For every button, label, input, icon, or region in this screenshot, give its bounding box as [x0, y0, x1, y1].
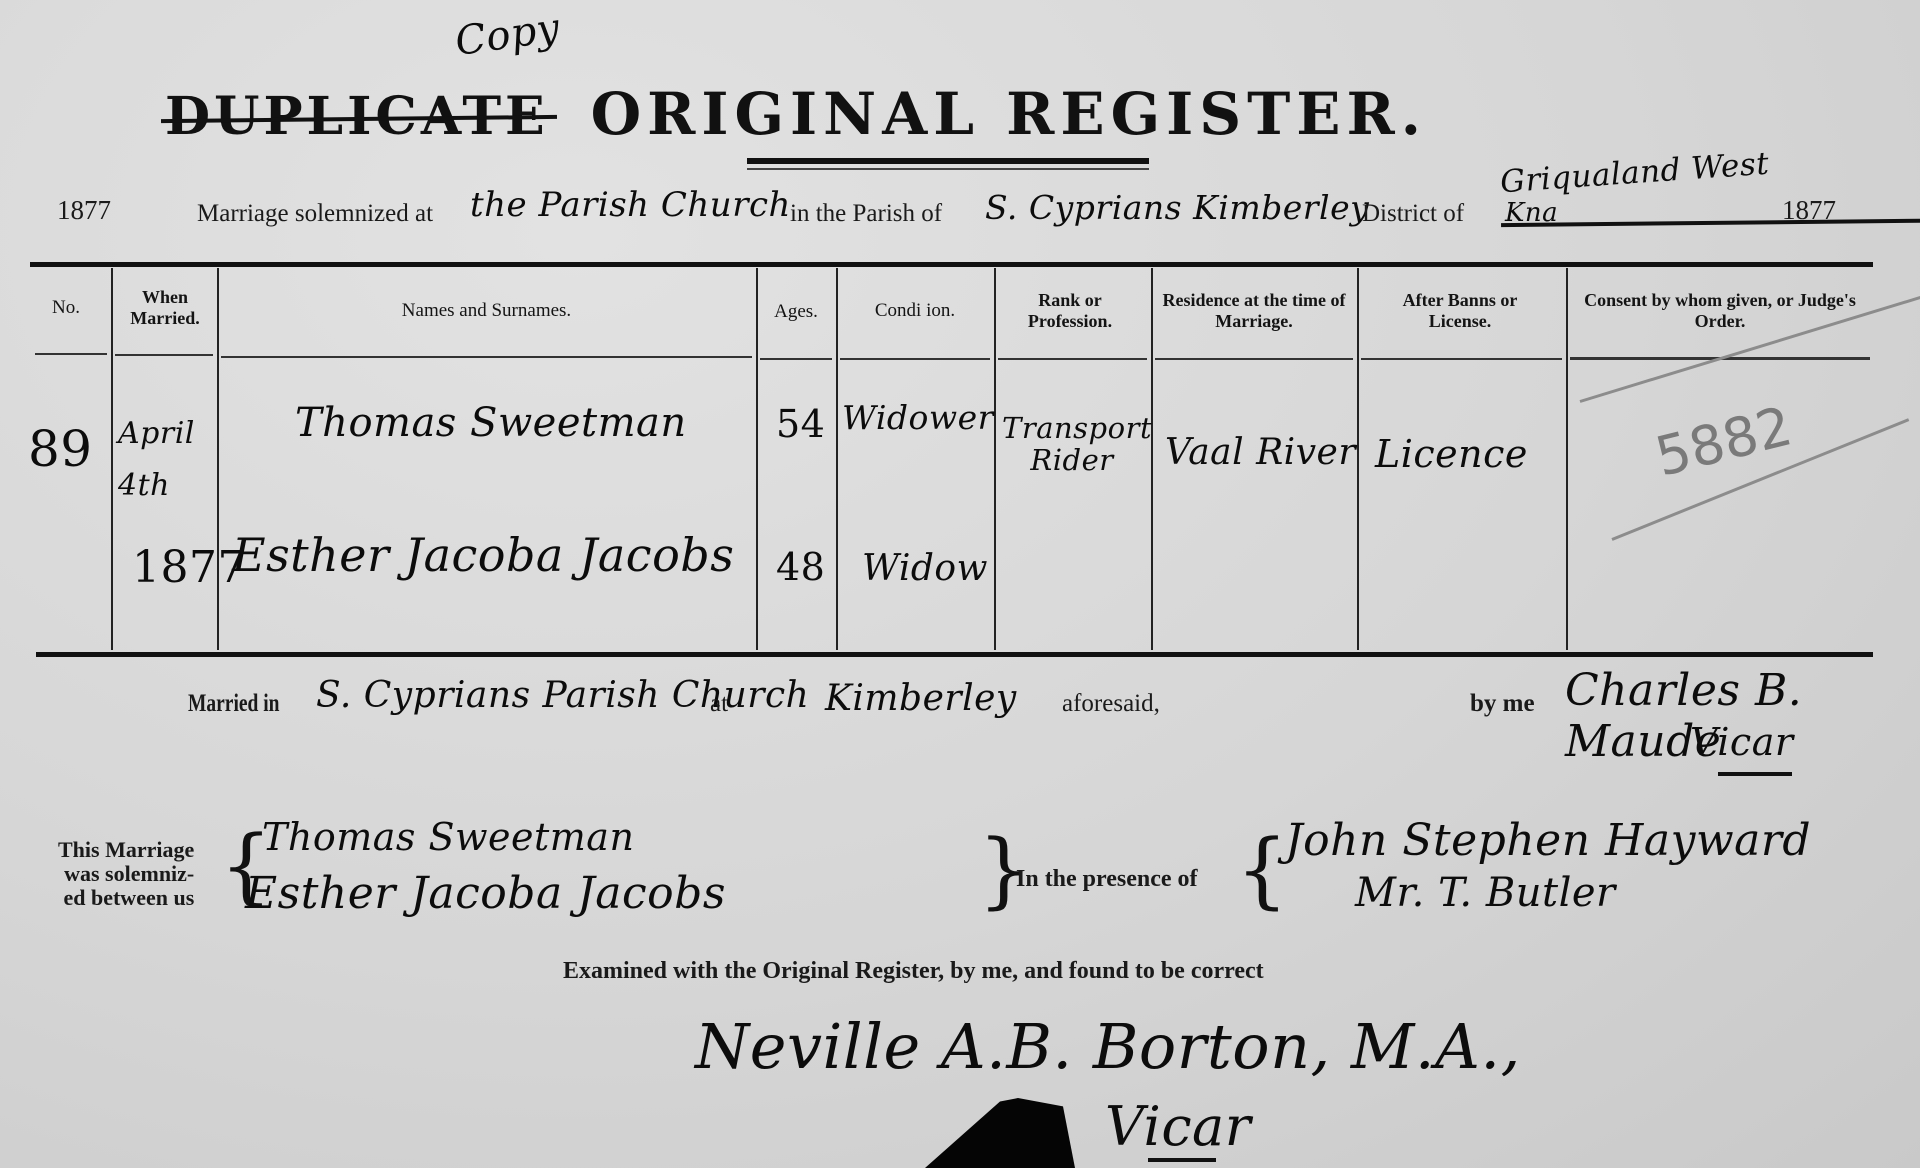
certifier-title: Vicar: [1105, 1095, 1251, 1158]
value-married-church: S. Cyprians Parish Church: [316, 675, 809, 716]
title-underline: [747, 158, 1149, 164]
table-bottom-rule: [36, 652, 1873, 657]
value-married-place: Kimberley: [825, 678, 1017, 719]
col-header-ages: Ages.: [760, 301, 832, 322]
label-parish: in the Parish of: [790, 200, 942, 228]
col-divider: [1357, 268, 1359, 650]
value-parish: S. Cyprians Kimberley: [985, 188, 1369, 227]
col-divider: [1566, 268, 1568, 650]
entry-number: 89: [28, 420, 93, 478]
ink-blot: [925, 1098, 1075, 1168]
label-this-marriage: This Marriage was solemniz- ed between u…: [58, 838, 194, 910]
header-underline: [840, 358, 990, 360]
certifier-signature: Neville A.B. Borton, M.A.,: [695, 1010, 1521, 1083]
header-underline: [35, 353, 107, 355]
entry-name-groom: Thomas Sweetman: [295, 400, 687, 446]
title-underline-thin: [747, 168, 1149, 170]
label-line: was solemniz-: [58, 862, 194, 886]
entry-name-bride: Esther Jacoba Jacobs: [232, 528, 734, 582]
certification-text: Examined with the Original Register, by …: [563, 958, 1264, 985]
col-header-names: Names and Surnames.: [221, 300, 752, 321]
header-underline: [1155, 358, 1353, 360]
col-header-when-married: When Married.: [116, 287, 214, 329]
entry-condition-bride: Widow: [862, 548, 988, 589]
col-divider: [836, 268, 838, 650]
col-header-banns: After Banns or License.: [1385, 290, 1535, 332]
label-line: This Marriage: [58, 838, 194, 862]
col-header-consent: Consent by whom given, or Judge's Order.: [1580, 290, 1860, 332]
entry-residence-groom: Vaal River: [1165, 432, 1356, 473]
col-header-residence: Residence at the time of Marriage.: [1155, 290, 1353, 332]
label-aforesaid: aforesaid,: [1062, 690, 1160, 718]
label-at: at: [710, 690, 728, 718]
entry-when-married: April 4th: [118, 408, 213, 512]
col-divider: [994, 268, 996, 650]
certifier-title-underline: [1148, 1158, 1216, 1162]
label-district: District of: [1362, 200, 1464, 228]
party-bride-signature: Esther Jacoba Jacobs: [245, 868, 726, 919]
value-solemnized-place: the Parish Church: [470, 185, 791, 225]
value-district-struck: Kna: [1505, 198, 1920, 228]
entry-rank-groom: Transport Rider: [1002, 412, 1142, 476]
entry-condition-groom: Widower: [842, 398, 994, 437]
document-title: DUPLICATE ORIGINAL REGISTER.: [165, 80, 1427, 148]
year-left: 1877: [57, 195, 111, 226]
party-groom-signature: Thomas Sweetman: [262, 815, 634, 859]
label-line: ed between us: [58, 886, 194, 910]
year-right: 1877: [1782, 195, 1836, 226]
header-underline: [998, 358, 1147, 360]
entry-age-groom: 54: [776, 402, 825, 446]
col-divider: [756, 268, 758, 650]
label-by-me: by me: [1470, 690, 1535, 718]
witness-2-signature: Mr. T. Butler: [1355, 870, 1616, 916]
col-divider: [111, 268, 113, 650]
label-married-in: Married in: [188, 690, 280, 718]
left-brace-icon: {: [1236, 830, 1288, 912]
officiant-title-underline: [1718, 772, 1792, 776]
label-solemnized: Marriage solemnized at: [197, 200, 433, 228]
col-header-rank: Rank or Profession.: [1015, 290, 1125, 332]
table-top-rule: [30, 262, 1873, 267]
header-underline: [760, 358, 832, 360]
entry-banns-or-license: Licence: [1375, 432, 1528, 476]
label-in-presence-of: In the presence of: [1016, 866, 1198, 893]
struck-duplicate-word: DUPLICATE: [165, 86, 549, 147]
col-header-no: No.: [52, 297, 80, 318]
col-divider: [1151, 268, 1153, 650]
witness-1-signature: John Stephen Hayward: [1285, 815, 1811, 866]
title-original-register: ORIGINAL REGISTER.: [591, 80, 1427, 148]
copy-annotation: Copy: [452, 5, 562, 65]
header-underline: [115, 354, 213, 356]
header-underline: [221, 356, 752, 358]
officiant-title: Vicar: [1690, 720, 1794, 764]
entry-when-married-year: 1877: [132, 542, 246, 593]
entry-age-bride: 48: [776, 545, 825, 589]
value-district: Griqualand West: [1499, 146, 1770, 201]
header-underline: [1361, 358, 1562, 360]
col-header-condition: Condi ion.: [840, 300, 990, 321]
